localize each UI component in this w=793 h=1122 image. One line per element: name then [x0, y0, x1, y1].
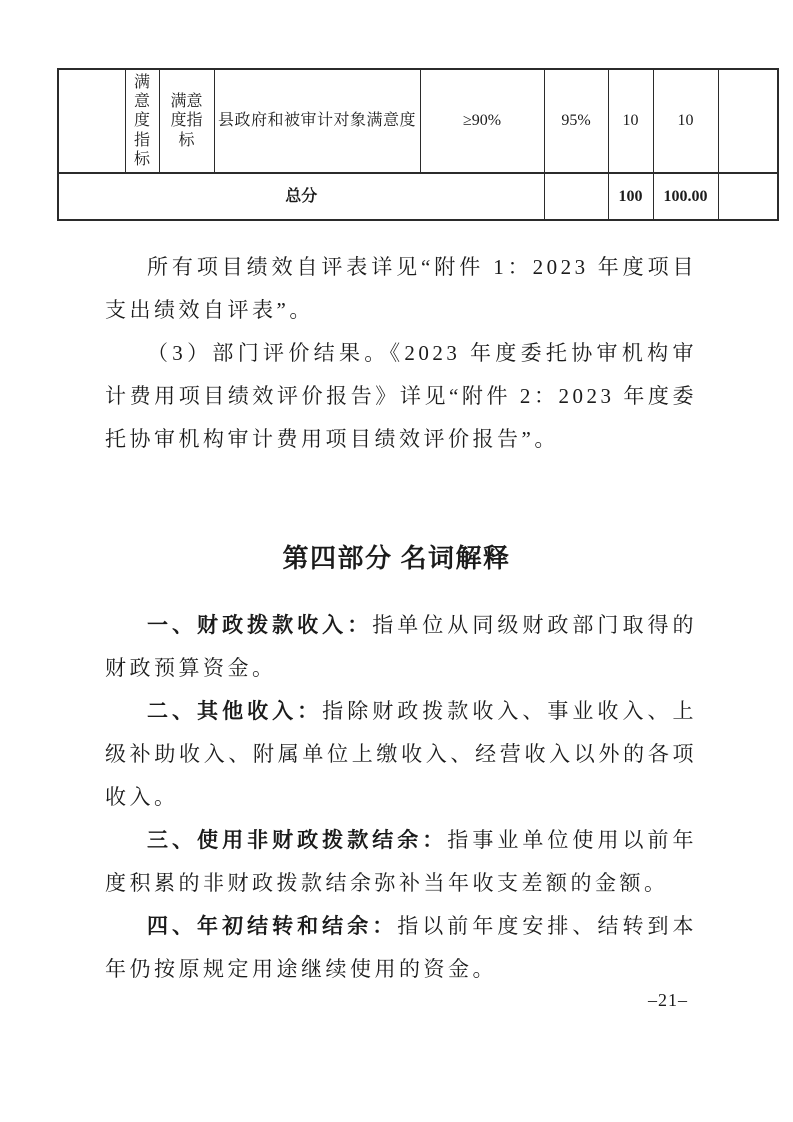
section-heading-part4-glossary: 第四部分 名词解释	[0, 538, 793, 575]
document-page: 满 意 度 指 标 满意 度指 标 县政府和被审计对象满意度 ≥90% 95% …	[0, 0, 793, 1122]
definition-term: 二、其他收入：	[147, 699, 322, 723]
cell-blank-right	[718, 69, 778, 173]
table-row-total: 总分 100 100.00	[58, 173, 778, 220]
page-number: –21–	[648, 990, 688, 1011]
definition-term: 三、使用非财政拨款结余：	[147, 828, 447, 852]
cell-level2-indicator-header: 满意 度指 标	[159, 69, 214, 173]
definition-other-income: 二、其他收入：指除财政拨款收入、事业收入、上级补助收入、附属单位上缴收入、经营收…	[105, 690, 697, 819]
cell-total-weight: 100	[608, 173, 653, 220]
performance-score-table: 满 意 度 指 标 满意 度指 标 县政府和被审计对象满意度 ≥90% 95% …	[57, 68, 779, 221]
definition-non-fiscal-surplus: 三、使用非财政拨款结余：指事业单位使用以前年度积累的非财政拨款结余弥补当年收支差…	[105, 819, 697, 905]
definition-term: 四、年初结转和结余：	[147, 914, 397, 938]
glossary-definitions: 一、财政拨款收入：指单位从同级财政部门取得的财政预算资金。 二、其他收入：指除财…	[105, 604, 697, 991]
paragraph-department-evaluation-result: （3）部门评价结果。《2023 年度委托协审机构审计费用项目绩效评价报告》详见“…	[105, 332, 697, 461]
cell-total-blank	[544, 173, 608, 220]
cell-total-label: 总分	[58, 173, 544, 220]
table-row-satisfaction-indicator: 满 意 度 指 标 满意 度指 标 县政府和被审计对象满意度 ≥90% 95% …	[58, 69, 778, 173]
body-paragraphs: 所有项目绩效自评表详见“附件 1：2023 年度项目支出绩效自评表”。 （3）部…	[105, 246, 697, 461]
cell-weight: 10	[608, 69, 653, 173]
cell-total-score: 100.00	[653, 173, 718, 220]
cell-score: 10	[653, 69, 718, 173]
cell-level1-indicator-header: 满 意 度 指 标	[125, 69, 159, 173]
definition-fiscal-appropriation-income: 一、财政拨款收入：指单位从同级财政部门取得的财政预算资金。	[105, 604, 697, 690]
definition-carryover-and-surplus: 四、年初结转和结余：指以前年度安排、结转到本年仍按原规定用途继续使用的资金。	[105, 905, 697, 991]
cell-total-blank-right	[718, 173, 778, 220]
definition-term: 一、财政拨款收入：	[147, 613, 372, 637]
cell-indicator-name: 县政府和被审计对象满意度	[214, 69, 420, 173]
paragraph-self-evaluation-attachment: 所有项目绩效自评表详见“附件 1：2023 年度项目支出绩效自评表”。	[105, 246, 697, 332]
cell-blank-left	[58, 69, 125, 173]
cell-target-value: ≥90%	[420, 69, 544, 173]
cell-actual-value: 95%	[544, 69, 608, 173]
